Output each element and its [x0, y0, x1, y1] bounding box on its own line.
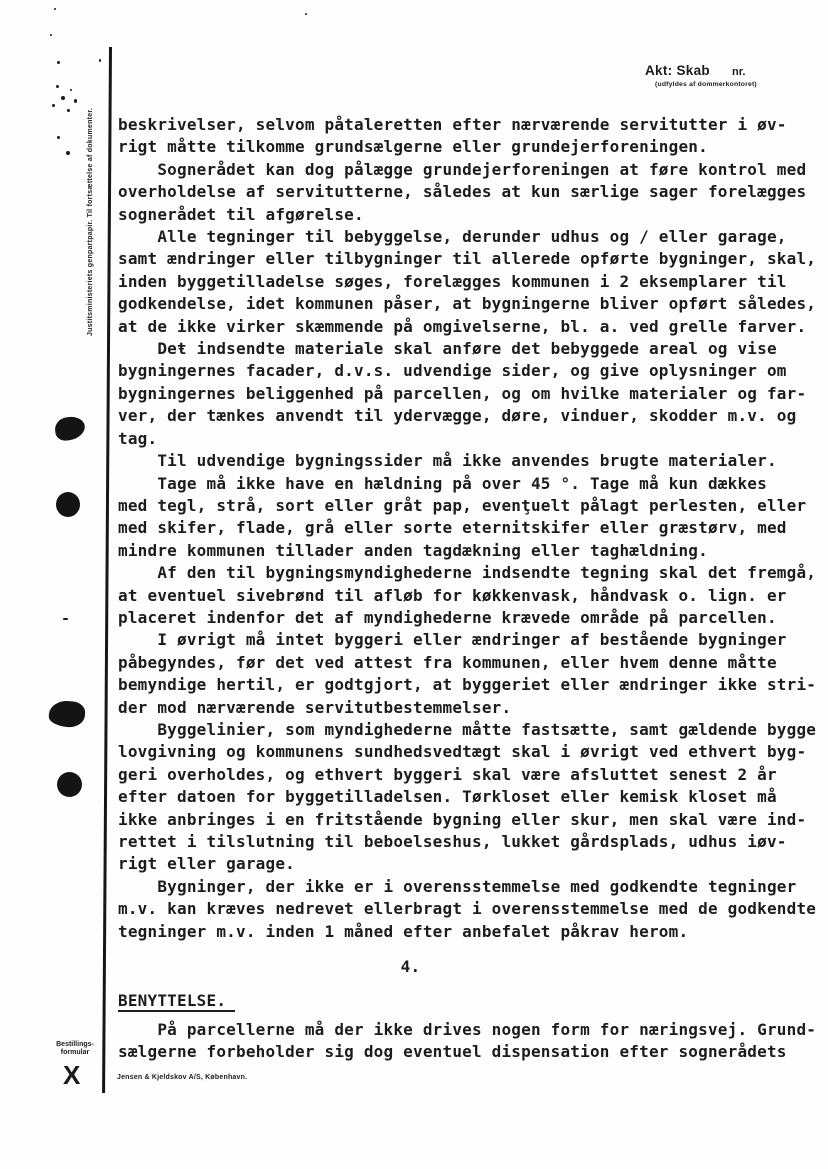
ink-speckle: [74, 99, 77, 103]
order-form-label-line2: formular: [44, 1049, 106, 1057]
margin-divider-line: [102, 47, 111, 1093]
order-form-label: Bestillings- formular: [44, 1041, 106, 1057]
section-number: 4.: [118, 956, 798, 978]
ink-speckle: [57, 136, 60, 139]
ink-speckle: [70, 89, 72, 91]
scanned-document-page: Justitsministeriets genpartpapir. Til fo…: [0, 0, 828, 1169]
printer-footer: Jensen & Kjeldskov A/S, København.: [117, 1074, 247, 1081]
ink-blob: [48, 700, 86, 728]
section-heading: BENYTTELSE.: [118, 990, 235, 1012]
ink-speckle: [54, 8, 56, 10]
ink-speckle: [305, 13, 307, 15]
akt-sub-label: (udfyldes af dommerkontoret): [655, 81, 757, 88]
ink-speckle: [50, 34, 52, 36]
ink-blob: [56, 492, 80, 517]
akt-nr-label: nr.: [732, 66, 745, 78]
benyttelse-paragraph: På parcellerne må der ikke drives nogen …: [118, 1019, 808, 1064]
akt-skab-label: Akt: Skab: [645, 63, 710, 78]
ink-speckle: [66, 151, 70, 155]
ink-speckle: [63, 618, 68, 620]
ink-speckle: [57, 61, 60, 64]
ink-blob: [57, 772, 82, 797]
ink-speckle: [56, 85, 59, 88]
ink-speckle: [52, 104, 55, 107]
margin-vertical-label: Justitsministeriets genpartpapir. Til fo…: [87, 108, 94, 336]
akt-header: Akt: Skabnr. (udfyldes af dommerkontoret…: [645, 62, 757, 88]
section-heading-text: BENYTTELSE.: [118, 991, 235, 1012]
body-text: beskrivelser, selvom påtaleretten efter …: [118, 114, 808, 943]
order-form-label-line1: Bestillings-: [44, 1041, 106, 1049]
ink-blob: [54, 415, 87, 442]
ink-speckle: [99, 59, 101, 62]
ink-speckle: [61, 96, 65, 100]
ink-speckle: [67, 109, 70, 112]
form-x-mark: X: [63, 1060, 80, 1091]
